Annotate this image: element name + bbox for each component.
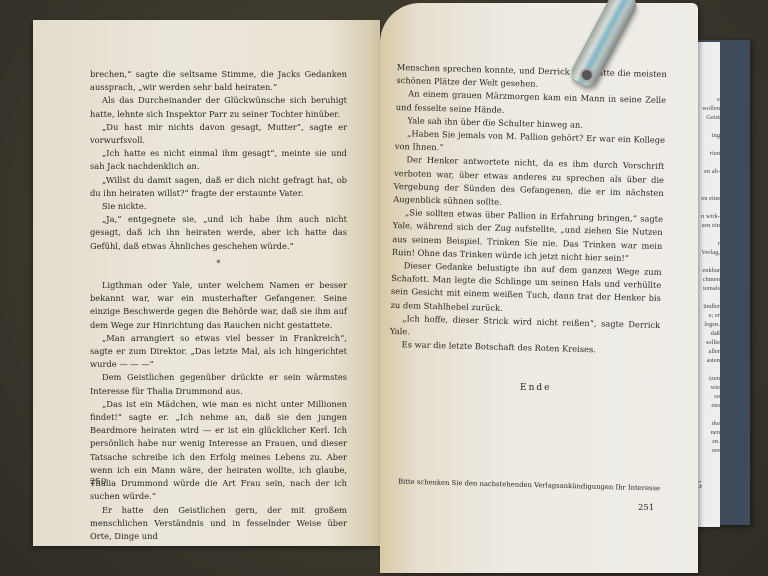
end-label: Ende	[520, 383, 551, 393]
left-page-number: 250	[90, 477, 106, 487]
paragraph: „Sie sollten etwas über Pallion in Erfah…	[392, 206, 663, 266]
paragraph: Dieser Gedanke belustigte ihn auf dem ga…	[390, 259, 661, 319]
paragraph: „Du hast mir nichts davon gesagt, Mutter…	[90, 121, 347, 147]
left-page-text: brechen,“ sagte die seltsame Stimme, die…	[90, 68, 347, 543]
right-page: Menschen sprechen konnte, und Derrick Ya…	[380, 3, 698, 573]
paragraph: Dem Geistlichen gegenüber drückte er sei…	[90, 371, 347, 397]
publisher-note: Bitte schenken Sie den nachstehenden Ver…	[398, 478, 660, 493]
paragraph: Ligthman oder Yale, unter welchem Namen …	[90, 279, 347, 332]
paragraph: Er hatte den Geistlichen gern, der mit g…	[90, 504, 347, 544]
left-page: brechen,“ sagte die seltsame Stimme, die…	[33, 20, 380, 546]
paragraph: brechen,“ sagte die seltsame Stimme, die…	[90, 68, 347, 94]
pen-tip	[577, 66, 596, 85]
paragraph: „Ja,“ entgegnete sie, „und ich habe ihm …	[90, 213, 347, 253]
paragraph: Der Henker antwortete nicht, da es ihm d…	[393, 153, 664, 213]
right-page-number: 251	[638, 503, 654, 513]
right-page-text: Menschen sprechen konnte, und Derrick Ya…	[389, 61, 667, 358]
paragraph: Als das Durcheinander der Glückwünsche s…	[90, 94, 347, 120]
section-separator: *	[90, 257, 347, 270]
paragraph: Sie nickte.	[90, 200, 347, 213]
paragraph: „Man arrangiert so etwas viel besser in …	[90, 332, 347, 372]
paragraph: „Ich hatte es nicht einmal ihm gesagt“, …	[90, 147, 347, 173]
paragraph: „Das ist ein Mädchen, wie man es nicht u…	[90, 398, 347, 504]
paragraph: „Willst du damit sagen, daß er dich nich…	[90, 174, 347, 200]
book-photo: t! ewollenGeist ing rien en ab- en eine …	[0, 0, 768, 576]
